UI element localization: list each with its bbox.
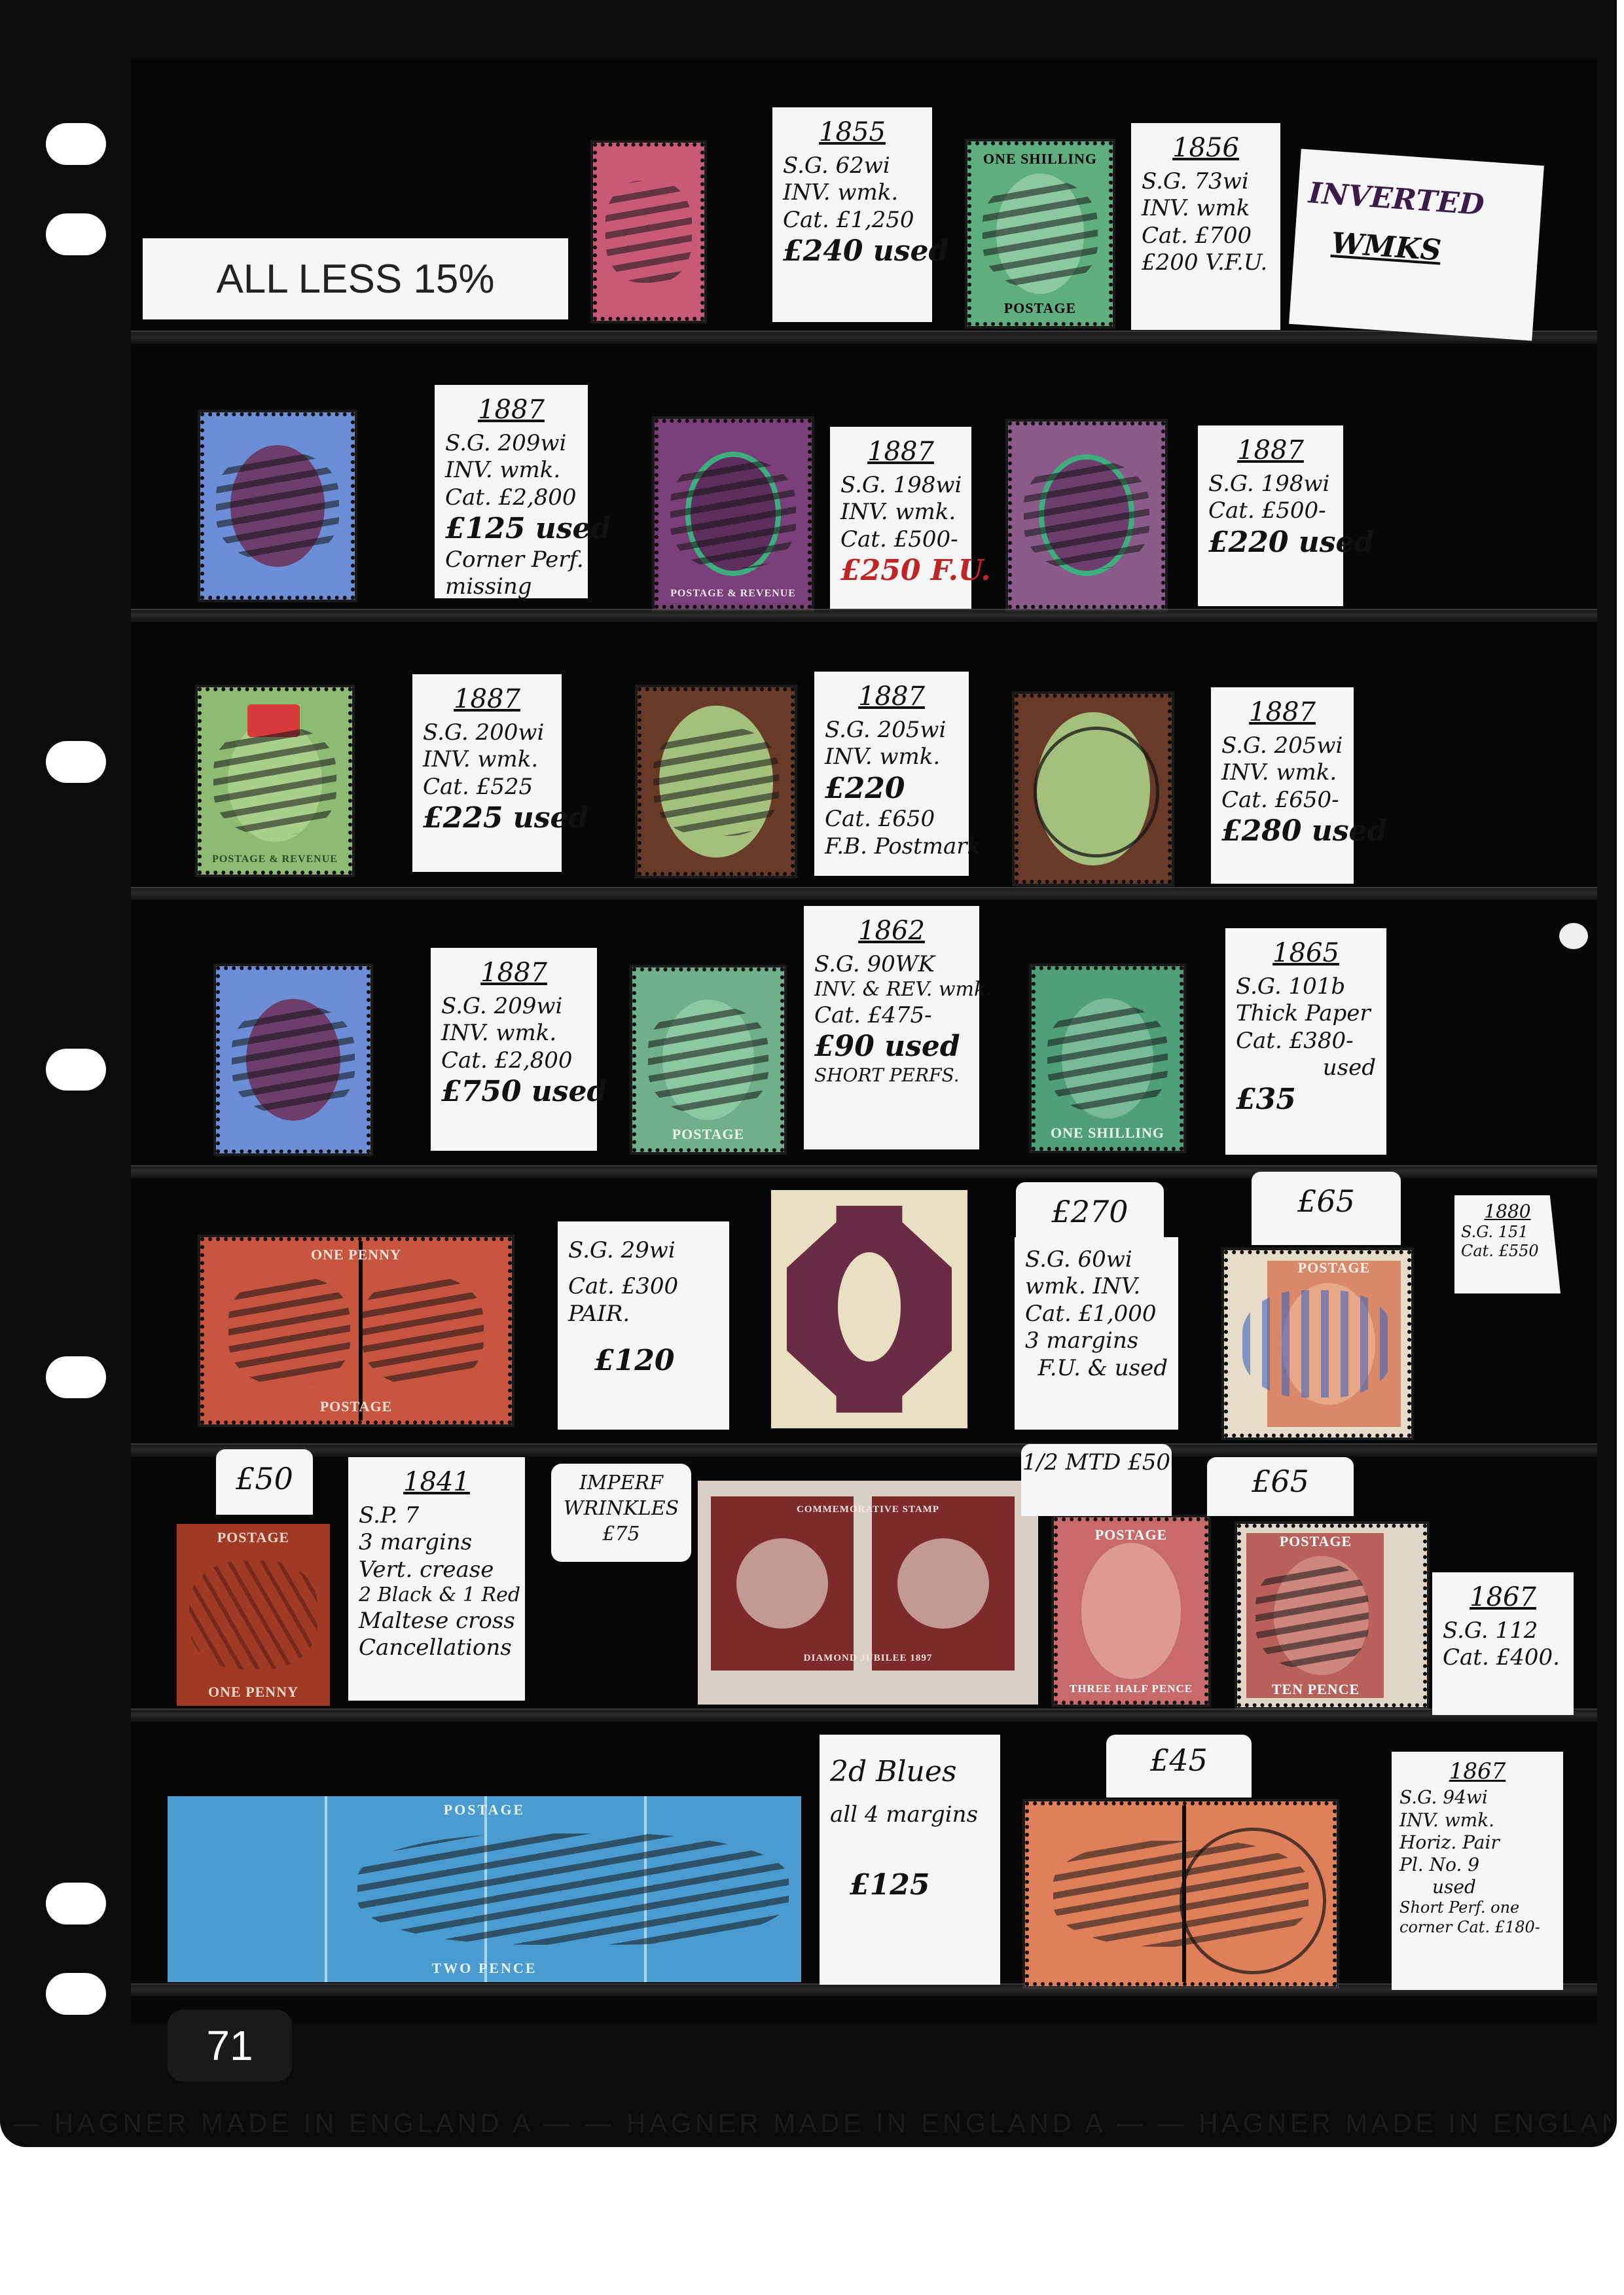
cancel-mark — [653, 727, 779, 836]
description-card[interactable]: 1855 S.G. 62wi INV. wmk. Cat. £1,250 £24… — [772, 107, 932, 322]
description-card[interactable]: S.G. 60wi wmk. INV. Cat. £1,000 3 margin… — [1015, 1237, 1178, 1430]
stamp[interactable]: POSTAGE & REVENUE — [198, 687, 352, 875]
stamp-pair[interactable] — [1025, 1801, 1337, 1986]
portrait-oval — [1081, 1543, 1181, 1679]
stamp[interactable]: POSTAGE & REVENUE — [655, 419, 812, 609]
description-card[interactable]: 1887 S.G. 205wi INV. wmk. £220 Cat. £650… — [814, 672, 969, 876]
stamp-divider — [325, 1796, 327, 1982]
stamp-strip[interactable]: POSTAGE TWO PENCE — [168, 1796, 801, 1982]
price-tag: £65 — [1207, 1457, 1354, 1516]
price-tag: £65 — [1252, 1172, 1401, 1245]
binder-hole — [46, 1049, 106, 1091]
stamp[interactable]: ONE SHILLING POSTAGE — [967, 141, 1113, 326]
cancel-mark — [232, 1006, 355, 1113]
description-card[interactable]: 1887 S.G. 209wi INV. wmk. Cat. £2,800 £1… — [435, 385, 588, 598]
maltese-cross-cancel — [189, 1561, 318, 1670]
cds-postmark — [1034, 727, 1159, 857]
stamp[interactable] — [1008, 422, 1165, 609]
stamp-pair[interactable]: ONE PENNY POSTAGE — [200, 1237, 512, 1424]
dust-spot — [1559, 923, 1588, 949]
stamp[interactable]: POSTAGE — [1224, 1250, 1411, 1437]
binder-hole — [46, 1356, 106, 1398]
cancel-mark — [213, 727, 336, 835]
row-strip — [131, 331, 1597, 344]
binder-hole — [46, 1973, 106, 2015]
discount-banner: ALL LESS 15% — [143, 238, 568, 319]
row-strip — [131, 1983, 1597, 1997]
stamp[interactable] — [593, 143, 704, 321]
description-card[interactable]: 1887 S.G. 198wi Cat. £500- £220 used — [1198, 425, 1343, 606]
stamp[interactable] — [216, 966, 370, 1153]
portrait-oval — [897, 1538, 989, 1629]
price-tag: IMPERF WRINKLES £75 — [551, 1464, 691, 1562]
cancel-mark — [1047, 1005, 1168, 1111]
description-card[interactable]: 1887 S.G. 198wi INV. wmk. Cat. £500- £25… — [830, 427, 971, 609]
description-card[interactable]: S.G. 29wi Cat. £300 PAIR. £120 — [558, 1221, 729, 1430]
description-card[interactable]: 1880 S.G. 151 Cat. £550 — [1454, 1195, 1561, 1293]
portrait-oval — [838, 1252, 901, 1362]
description-card[interactable]: 1865 S.G. 101b Thick Paper Cat. £380- us… — [1225, 928, 1386, 1155]
cancel-mark — [670, 460, 796, 569]
stamp[interactable] — [200, 412, 355, 600]
binder-hole — [46, 741, 106, 783]
cancel-mark — [1255, 1563, 1368, 1669]
stamp[interactable]: POSTAGE THREE HALF PENCE — [1054, 1517, 1208, 1705]
cancel-mark — [228, 1277, 350, 1384]
row-strip — [131, 1708, 1597, 1722]
stamp[interactable] — [638, 687, 795, 876]
binder-hole — [46, 1883, 106, 1925]
price-tag: 1/2 MTD £50 — [1021, 1444, 1172, 1516]
description-card[interactable]: 1841 S.P. 7 3 margins Vert. crease 2 Bla… — [348, 1457, 525, 1701]
cancel-mark — [648, 1007, 769, 1113]
cancel-mark — [983, 181, 1098, 287]
description-card[interactable]: 1856 S.G. 73wi INV. wmk Cat. £700 £200 V… — [1131, 123, 1280, 330]
price-tag: £50 — [216, 1449, 313, 1515]
portrait-oval — [736, 1538, 828, 1629]
stamp[interactable]: POSTAGE — [632, 967, 784, 1152]
page-number-badge: 71 — [168, 2010, 292, 2082]
description-card[interactable]: 1862 S.G. 90WK INV. & REV. wmk. Cat. £47… — [804, 906, 979, 1149]
binder-hole — [46, 213, 106, 255]
description-card[interactable]: 1887 S.G. 205wi INV. wmk. Cat. £650- £28… — [1211, 687, 1354, 884]
row-strip — [131, 887, 1597, 900]
row-strip — [131, 609, 1597, 622]
stamp[interactable] — [1015, 694, 1172, 884]
stamp[interactable]: POSTAGE ONE PENNY — [177, 1524, 330, 1706]
footer-emboss: — HAGNER MADE IN ENGLAND A — — HAGNER MA… — [13, 2109, 1610, 2139]
description-card[interactable]: 1867 S.G. 94wi INV. wmk. Horiz. Pair Pl.… — [1392, 1752, 1563, 1990]
cancel-mark — [357, 1834, 788, 1945]
heading-card: INVERTED WMKS — [1289, 149, 1544, 340]
description-card[interactable]: 1887 S.G. 209wi INV. wmk. Cat. £2,800 £7… — [431, 948, 597, 1151]
cancel-mark — [362, 1277, 484, 1384]
stamp[interactable]: POSTAGE TEN PENCE — [1237, 1524, 1427, 1707]
cancel-mark — [605, 181, 693, 283]
embossed-stamp[interactable] — [771, 1190, 967, 1428]
stamp[interactable]: ONE SHILLING — [1032, 966, 1183, 1151]
price-tag: £45 — [1106, 1735, 1252, 1798]
cancel-mark — [216, 452, 339, 560]
description-card[interactable]: 1867 S.G. 112 Cat. £400. — [1432, 1572, 1574, 1715]
label-left — [711, 1496, 854, 1671]
description-card[interactable]: 2d Blues all 4 margins £125 — [820, 1735, 1000, 1985]
row-strip — [131, 1443, 1597, 1456]
label-right — [872, 1496, 1015, 1671]
label-pair[interactable]: COMMEMORATIVE STAMP DIAMOND JUBILEE 1897 — [698, 1481, 1038, 1705]
cancel-mark — [1024, 461, 1149, 569]
binder-hole — [46, 123, 106, 165]
cds-postmark — [1180, 1828, 1326, 1974]
description-card[interactable]: 1887 S.G. 200wi INV. wmk. Cat. £525 £225… — [412, 674, 562, 872]
blue-cancel — [1242, 1290, 1393, 1398]
